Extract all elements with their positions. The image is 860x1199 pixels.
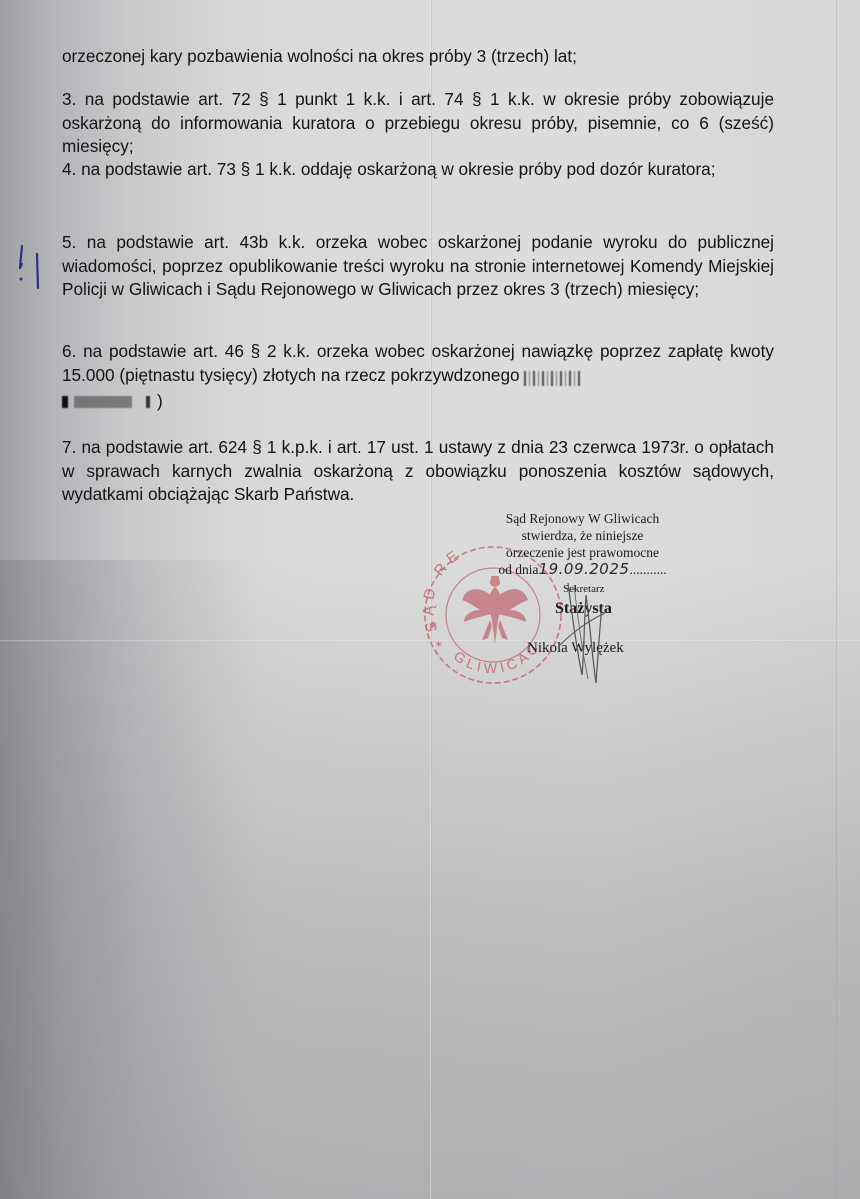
paragraph-4: 4. na podstawie art. 73 § 1 k.k. oddaję … (62, 158, 774, 182)
svg-text:✶: ✶ (428, 619, 438, 633)
clause-line-3: orzeczenie jest prawomocne (495, 544, 670, 561)
clause-line-2: stwierdza, że niniejsze (495, 527, 670, 544)
date-prefix: od dnia (498, 562, 538, 577)
paragraph-6-tail: ) (157, 391, 163, 411)
handwritten-signature (560, 575, 610, 690)
date-dots: ........... (629, 562, 666, 577)
svg-text:SĄD RE: SĄD RE (420, 545, 465, 634)
paragraph-6: 6. na podstawie art. 46 § 2 k.k. orzeka … (62, 340, 774, 414)
paragraph-continuation: orzeczonej kary pozbawienia wolności na … (62, 45, 774, 69)
right-crease (836, 0, 837, 1199)
redacted-name: [redacted] (524, 367, 583, 391)
paragraph-5: 5. na podstawie art. 43b k.k. orzeka wob… (62, 231, 774, 302)
redacted-block (62, 396, 157, 408)
svg-text:✶: ✶ (434, 639, 443, 651)
clause-court-name: Sąd Rejonowy W Gliwicach (495, 510, 670, 527)
handwritten-exclamation-mark (14, 242, 44, 297)
paragraph-6-text: 6. na podstawie art. 46 § 2 k.k. orzeka … (62, 341, 774, 385)
paragraph-3: 3. na podstawie art. 72 § 1 punkt 1 k.k.… (62, 88, 774, 159)
page-shadow (0, 560, 260, 1199)
paragraph-7: 7. na podstawie art. 624 § 1 k.p.k. i ar… (62, 436, 774, 507)
finality-clause: Sąd Rejonowy W Gliwicach stwierdza, że n… (495, 510, 670, 578)
eagle-emblem-icon (462, 576, 528, 644)
